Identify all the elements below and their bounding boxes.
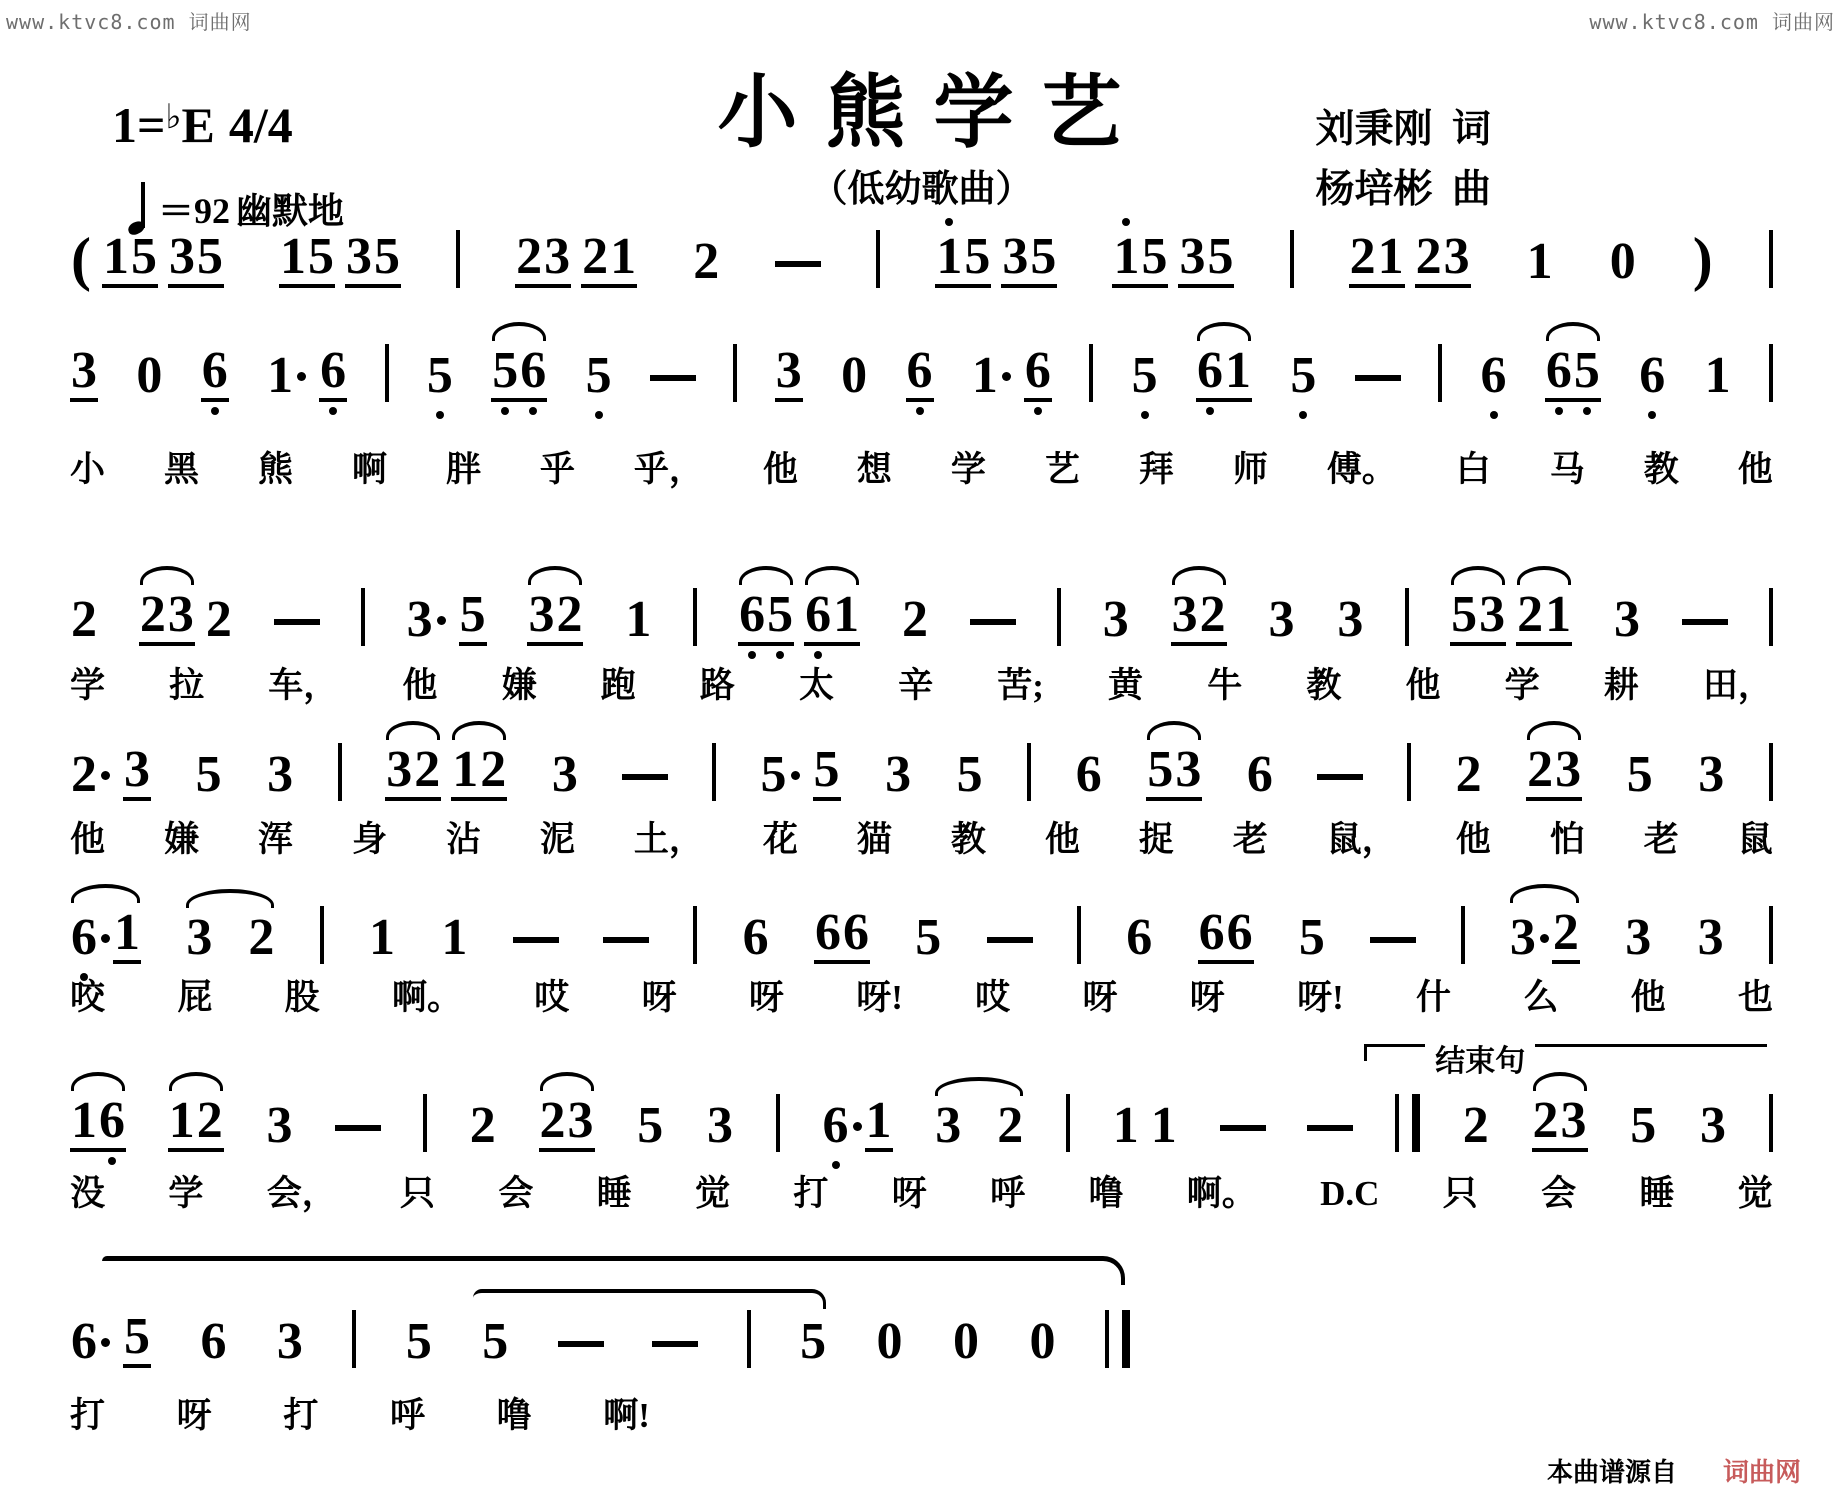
note-group [775,261,821,288]
octave-dot-below [1034,407,1042,415]
song-title: 小 熊 学 艺 [0,48,1843,163]
lyric-word: 老 [1233,812,1268,862]
note-group [1105,1310,1130,1368]
note-group: 5 [636,1099,664,1152]
note-token: 5 [914,911,942,964]
octave-dot-below [501,407,509,415]
note-digit: 5 [491,344,519,402]
note-group: 5 [799,1315,827,1368]
note-token: 23 [1526,743,1582,801]
slur-arc [1517,566,1571,585]
note-token: 6 [1075,748,1103,801]
barline [1066,1094,1070,1152]
note-group: 0 [876,1315,904,1368]
note-token: 5 [1626,748,1654,801]
slur-arc [935,1077,1023,1096]
note-group [1089,344,1093,402]
note-token: 5 [459,588,487,646]
note-token: 21 [1349,230,1405,288]
augmentation-dot [791,771,800,780]
note-token [650,375,696,402]
lyric-word: 黄 [1108,658,1143,708]
note-token [385,344,389,402]
note-token [1438,344,1442,402]
lyric-word: 拉 [169,658,204,708]
lyric-word: 只 [1443,1166,1478,1216]
note-token: 16 [70,1094,126,1152]
lyric-word: D.C [1320,1174,1379,1214]
slur-arc [140,566,194,585]
slur-arc [186,889,274,908]
note-group: 65 [70,1310,151,1368]
barline [1769,1094,1773,1152]
note-token [603,937,649,964]
note-digit: 6 [804,588,832,646]
notes-row-6: 6563555000 [70,1302,1130,1368]
note-group [652,1341,698,1368]
lyric-word: 睡 [597,1166,632,1216]
note-token: 2 [1455,748,1483,801]
note-digit: 6 [199,1315,227,1368]
note-group [747,1310,751,1368]
lyric-word: 呀! [1297,970,1344,1020]
barline [385,344,389,402]
augmentation-dot [853,1122,862,1131]
note-token: 3 [1624,911,1652,964]
barline [1438,344,1442,402]
note-group: 35 [406,588,487,646]
barline [693,906,697,964]
lyric-word: 耕 [1604,658,1639,708]
note-digit: 3 [168,230,196,288]
barline [423,1094,427,1152]
note-group: 65 [1545,344,1601,402]
note-digit: 3 [185,911,213,964]
note-group: 3 [1699,1099,1727,1152]
note-digit: 5 [585,349,613,402]
lyric-word: 呀 [1190,970,1225,1020]
note-group [1077,906,1081,964]
note-token: 5 [1629,1099,1657,1152]
lyric-word: 花 [763,812,798,862]
note-digit: 0 [1028,1315,1056,1368]
lyric-word: 捉 [1139,812,1174,862]
note-token: 5 [405,1315,433,1368]
note-digit: 3 [385,743,413,801]
note-digit: 1 [70,1094,98,1152]
note-group: 23 [1526,743,1582,801]
duration-dash [1370,937,1416,943]
note-token: 1 [1150,1099,1178,1152]
note-group [693,588,697,646]
note-token [1461,906,1465,964]
note-digit: 3 [1624,911,1652,964]
note-digit: 5 [914,911,942,964]
note-digit: 6 [1638,349,1666,402]
watermark-top-right: www.ktvc8.com 词曲网 [1589,6,1835,35]
note-group: 5 [1298,911,1326,964]
note-group: 61 [822,1094,893,1152]
lyric-word: 苦; [997,658,1044,708]
note-digit: 0 [876,1315,904,1368]
lyric-word: 艺 [1045,442,1080,492]
note-group: 6 [1638,349,1666,402]
note-digit: 6 [1226,906,1254,964]
augmentation-dot [297,372,306,381]
note-digit: 1 [1224,344,1252,402]
lyric-word: 鼠 [1738,812,1773,862]
note-token [335,1125,381,1152]
note-digit: 1 [1150,1099,1178,1152]
augmentation-dot [437,616,446,625]
note-tie-arc [473,1289,826,1309]
note-group: 1535 [935,230,1057,288]
note-token: 65 [738,588,794,646]
note-group [693,906,697,964]
note-group: 5 [914,911,942,964]
note-group [733,344,737,402]
note-digit: 5 [1626,748,1654,801]
lyric-word: 白 [1456,442,1491,492]
lyrics-row-2: 学拉车，他嫌跑路太辛苦;黄牛教他学耕田， [70,658,1773,704]
note-digit: 6 [1545,344,1573,402]
note-group [1355,375,1401,402]
note-group: 1 [440,911,468,964]
lyric-word: 马 [1550,442,1585,492]
note-digit: 5 [636,1099,664,1152]
lyric-word: 呀! [856,970,903,1020]
note-token: 5 [585,349,613,402]
lyric-word: 噜 [1088,1166,1123,1216]
note-group [987,937,1033,964]
note-group [650,375,696,402]
barline [352,1310,356,1368]
lyric-word: 乎， [634,442,704,492]
duration-dash [970,619,1016,625]
note-token: 61 [822,1094,893,1152]
note-token: 5 [195,748,223,801]
note-group: 3 [551,748,579,801]
note-token: 3 [70,344,98,402]
note-digit: 6 [201,344,229,402]
lyric-word: 他 [402,658,437,708]
note-token: 1 [1526,235,1554,288]
note-token: 6 [906,344,934,402]
note-digit: 1 [1704,349,1732,402]
note-digit: 3 [1267,593,1295,646]
note-group: 3 [775,344,803,402]
note-group [385,344,389,402]
note-digit: 6 [1075,748,1103,801]
note-group [1057,588,1061,646]
note-group [1769,1094,1773,1152]
note-group: 6 [1125,911,1153,964]
slur-arc [739,566,793,585]
octave-dot-above [945,218,953,226]
lyric-word: 沾 [446,812,481,862]
note-token: ( [70,231,92,288]
note-group: 5 [481,1315,509,1368]
note-digit: 2 [247,911,275,964]
note-group [776,1094,780,1152]
note-token: 2 [1462,1099,1490,1152]
barline [1769,230,1773,288]
barline [1461,906,1465,964]
duration-dash [775,261,821,267]
note-digit: 5 [195,748,223,801]
duration-dash [650,375,696,381]
note-digit: 2 [205,593,233,646]
note-token: 5 [956,748,984,801]
footer-site-link[interactable]: 词曲网 [1723,1452,1801,1489]
note-group: 5 [1629,1099,1657,1152]
note-token: 32 [934,1099,1024,1152]
duration-dash [622,774,668,780]
note-group: 3 [884,748,912,801]
slur-arc [169,1072,223,1091]
barline [776,1094,780,1152]
note-group: 3 [266,748,294,801]
note-digit: 2 [1455,748,1483,801]
note-digit: 6 [822,1099,850,1152]
lyric-word: 什 [1416,970,1451,1020]
note-token: 6 [1125,911,1153,964]
slur-arc [1527,721,1581,740]
note-digit: 5 [459,588,487,646]
note-group: 5 [1626,748,1654,801]
note-token: 32 [1171,588,1227,646]
note-token: 5 [813,743,841,801]
note-digit: 3 [1613,593,1641,646]
note-group: 2 [692,235,720,288]
note-token [1105,1310,1130,1368]
note-group [1395,1094,1420,1152]
note-token: 2 [469,1099,497,1152]
lyric-word: 想 [857,442,892,492]
note-token [1769,743,1773,801]
note-token: 6 [1024,344,1052,402]
note-group: 2 [1455,748,1483,801]
slur-arc [528,566,582,585]
note-group [1290,230,1294,288]
lyric-word: 会， [267,1166,337,1216]
note-group: (1535 [70,230,224,288]
note-token: 0 [876,1315,904,1368]
duration-dash [513,937,559,943]
note-token: 5 [636,1099,664,1152]
note-group [361,588,365,646]
note-token [747,1310,751,1368]
phrase-tie-arc [102,1256,1125,1285]
octave-dot-below [916,407,924,415]
note-group: 61 [70,906,141,964]
duration-dash [987,937,1033,943]
lyric-word: 屁 [177,970,212,1020]
note-token [1769,588,1773,646]
lyric-word: 啊。 [1187,1166,1257,1216]
lyric-word: 他 [70,812,105,862]
note-token: 5 [760,748,803,801]
note-digit: 1 [451,743,479,801]
lyric-word: 呀 [642,970,677,1020]
note-token: 2 [70,748,113,801]
note-group [320,906,324,964]
double-barline [1105,1310,1130,1368]
note-digit: 2 [70,593,98,646]
note-group [1317,774,1363,801]
note-digit: 5 [760,748,788,801]
note-digit: 6 [814,906,842,964]
note-digit: 5 [405,1315,433,1368]
note-group: 1 [368,911,396,964]
lyric-word: 呼 [390,1388,425,1438]
note-group: 0 [1028,1315,1056,1368]
lyric-word: 牛 [1207,658,1242,708]
lyric-word: 股 [285,970,320,1020]
note-digit: 1 [609,230,637,288]
note-digit: 1 [113,906,141,964]
note-token [1395,1094,1420,1152]
note-digit: 5 [1298,911,1326,964]
note-digit: 3 [266,1099,294,1152]
note-group [1769,743,1773,801]
slur-arc [1147,721,1201,740]
note-token: 23 [1415,230,1471,288]
note-token: 3 [406,593,449,646]
lyricist-credit: 刘秉刚 词 [1315,100,1491,160]
note-digit: 2 [555,588,583,646]
duration-dash [1355,375,1401,381]
note-token: 0 [840,349,868,402]
note-token: 0 [135,349,163,402]
note-digit: 0 [952,1315,980,1368]
note-group: 1 [1704,349,1732,402]
note-group [1461,906,1465,964]
lyric-word: 拜 [1139,442,1174,492]
duration-dash [335,1125,381,1131]
note-group [1769,588,1773,646]
note-group: 3 [1102,593,1130,646]
note-token: 3 [266,1099,294,1152]
note-token: ) [1692,231,1714,288]
note-digit: 6 [1125,911,1153,964]
note-group: 232 [139,588,233,646]
note-token: 3 [1336,593,1364,646]
lyric-word: 咬 [70,970,105,1020]
note-digit: 5 [1289,349,1317,402]
note-token: 2 [205,593,233,646]
octave-dot-below [108,1157,116,1165]
note-group [456,230,460,288]
note-group [603,937,649,964]
lyric-word: 也 [1738,970,1773,1020]
note-token: 1 [266,349,309,402]
note-token: 35 [1001,230,1057,288]
ending-label-text: 结束句 [1435,1036,1525,1080]
lyric-word: 师 [1233,442,1268,492]
note-token: 3 [1697,911,1725,964]
barline [1769,344,1773,402]
lyric-word: 觉 [695,1166,730,1216]
note-group: 3 [1336,593,1364,646]
augmentation-dot [101,1338,110,1347]
note-group: 53 [1146,743,1202,801]
note-token: 1 [624,593,652,646]
note-digit: 5 [1573,344,1601,402]
note-digit: 5 [426,349,454,402]
barline [712,743,716,801]
note-group: 32 [1509,906,1580,964]
note-group: 2 [901,593,929,646]
lyrics-row-6: 打呀打呼噜啊! [70,1388,650,1434]
note-token: 2 [692,235,720,288]
octave-dot-below [1648,411,1656,419]
note-token: 61 [804,588,860,646]
note-token [733,344,737,402]
note-digit: 3 [1697,911,1725,964]
note-token: 3 [706,1099,734,1152]
note-digit: 5 [373,230,401,288]
note-group [970,619,1016,646]
barline [1769,588,1773,646]
note-digit: 5 [130,230,158,288]
note-digit: 2 [196,1094,224,1152]
note-token [1290,230,1294,288]
lyric-word: 黑 [164,442,199,492]
note-group: 16 [971,344,1052,402]
note-token: 5 [426,349,454,402]
note-group: 2 [1462,1099,1490,1152]
lyric-word: 怕 [1550,812,1585,862]
note-group: 6 [199,1315,227,1368]
slur-arc [1510,884,1579,903]
note-digit: 2 [539,1094,567,1152]
note-token: 61 [1196,344,1252,402]
note-token [513,937,559,964]
lyric-word: 教 [951,812,986,862]
note-digit: 5 [1029,230,1057,288]
note-token: 15 [102,230,158,288]
note-digit: 5 [799,1315,827,1368]
note-token: 21 [1516,588,1572,646]
lyric-word: 跑 [601,658,636,708]
note-group [335,1125,381,1152]
lyric-word: 他 [1405,658,1440,708]
note-digit: 3 [1336,593,1364,646]
note-group: 2123 [1349,230,1471,288]
lyric-word: 他 [1738,442,1773,492]
note-digit: 2 [479,743,507,801]
note-digit: 0 [135,349,163,402]
note-token [1370,937,1416,964]
note-digit: 3 [1509,911,1537,964]
note-group: 3 [1613,593,1641,646]
note-token: 66 [1198,906,1254,964]
note-token: 53 [1450,588,1506,646]
note-group: 6 [1075,748,1103,801]
duration-dash [603,937,649,943]
note-token: 0 [1609,235,1637,288]
note-digit: 6 [842,906,870,964]
note-digit: 1 [1112,230,1140,288]
note-group: 3 [706,1099,734,1152]
note-group [1682,619,1728,646]
note-token: 5 [1131,349,1159,402]
note-token: 15 [1112,230,1168,288]
note-digit: 3 [934,1099,962,1152]
note-digit: 3 [551,748,579,801]
note-token: 6 [1246,748,1274,801]
